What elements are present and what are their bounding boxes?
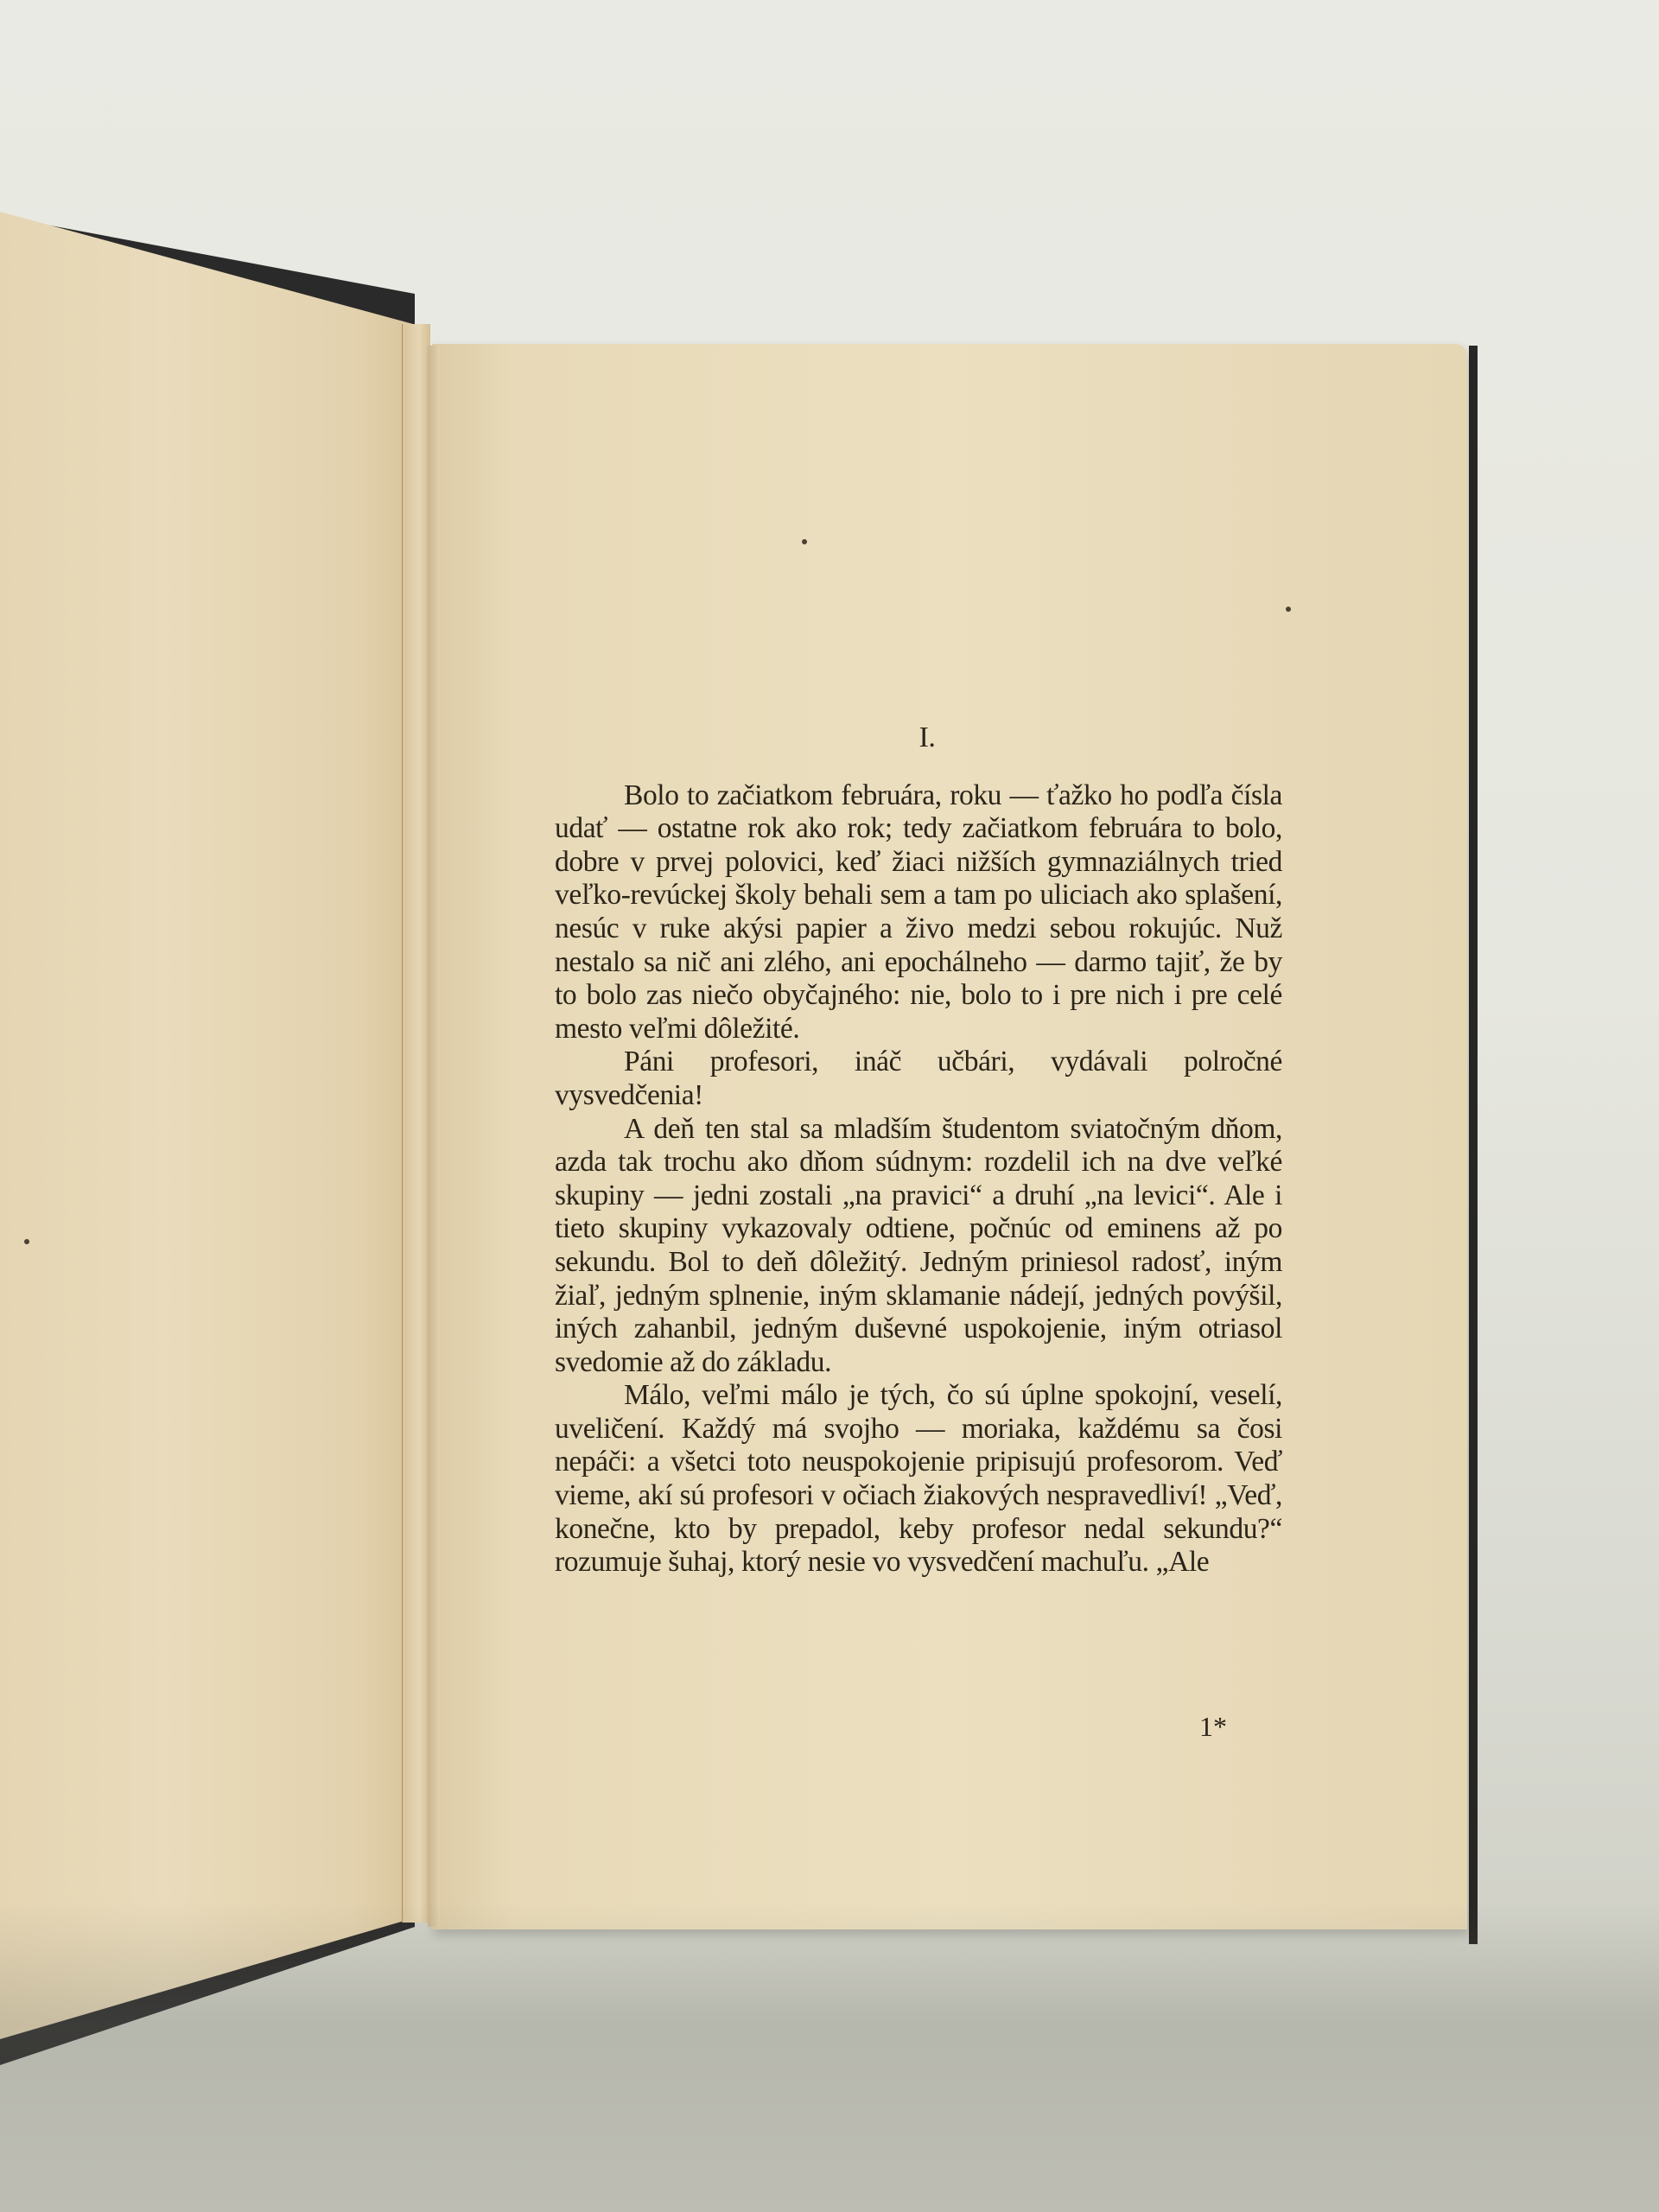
- paper-speck: [24, 1239, 29, 1244]
- page-number: 1*: [1199, 1711, 1227, 1743]
- page-text: I. Bolo to začiatkom februára, roku — ťa…: [555, 721, 1282, 1580]
- chapter-heading: I.: [555, 721, 1282, 755]
- paragraph: Páni profesori, ináč učbári, vydávali po…: [555, 1046, 1282, 1112]
- paragraph: A deň ten stal sa mladším študentom svia…: [555, 1113, 1282, 1380]
- photo-scene: I. Bolo to začiatkom februára, roku — ťa…: [0, 0, 1659, 2212]
- book-gutter: [428, 346, 440, 1927]
- left-blank-page: [0, 212, 413, 2069]
- paragraph: Bolo to začiatkom februára, roku — ťažko…: [555, 779, 1282, 1046]
- binding-thread: [1469, 1858, 1506, 1927]
- paper-speck: [1286, 607, 1291, 612]
- left-page-fold: [402, 324, 430, 1923]
- book-cover-right-edge: [1469, 346, 1478, 1944]
- paper-speck: [802, 539, 807, 544]
- paragraph: Málo, veľmi málo je tých, čo sú úplne sp…: [555, 1379, 1282, 1580]
